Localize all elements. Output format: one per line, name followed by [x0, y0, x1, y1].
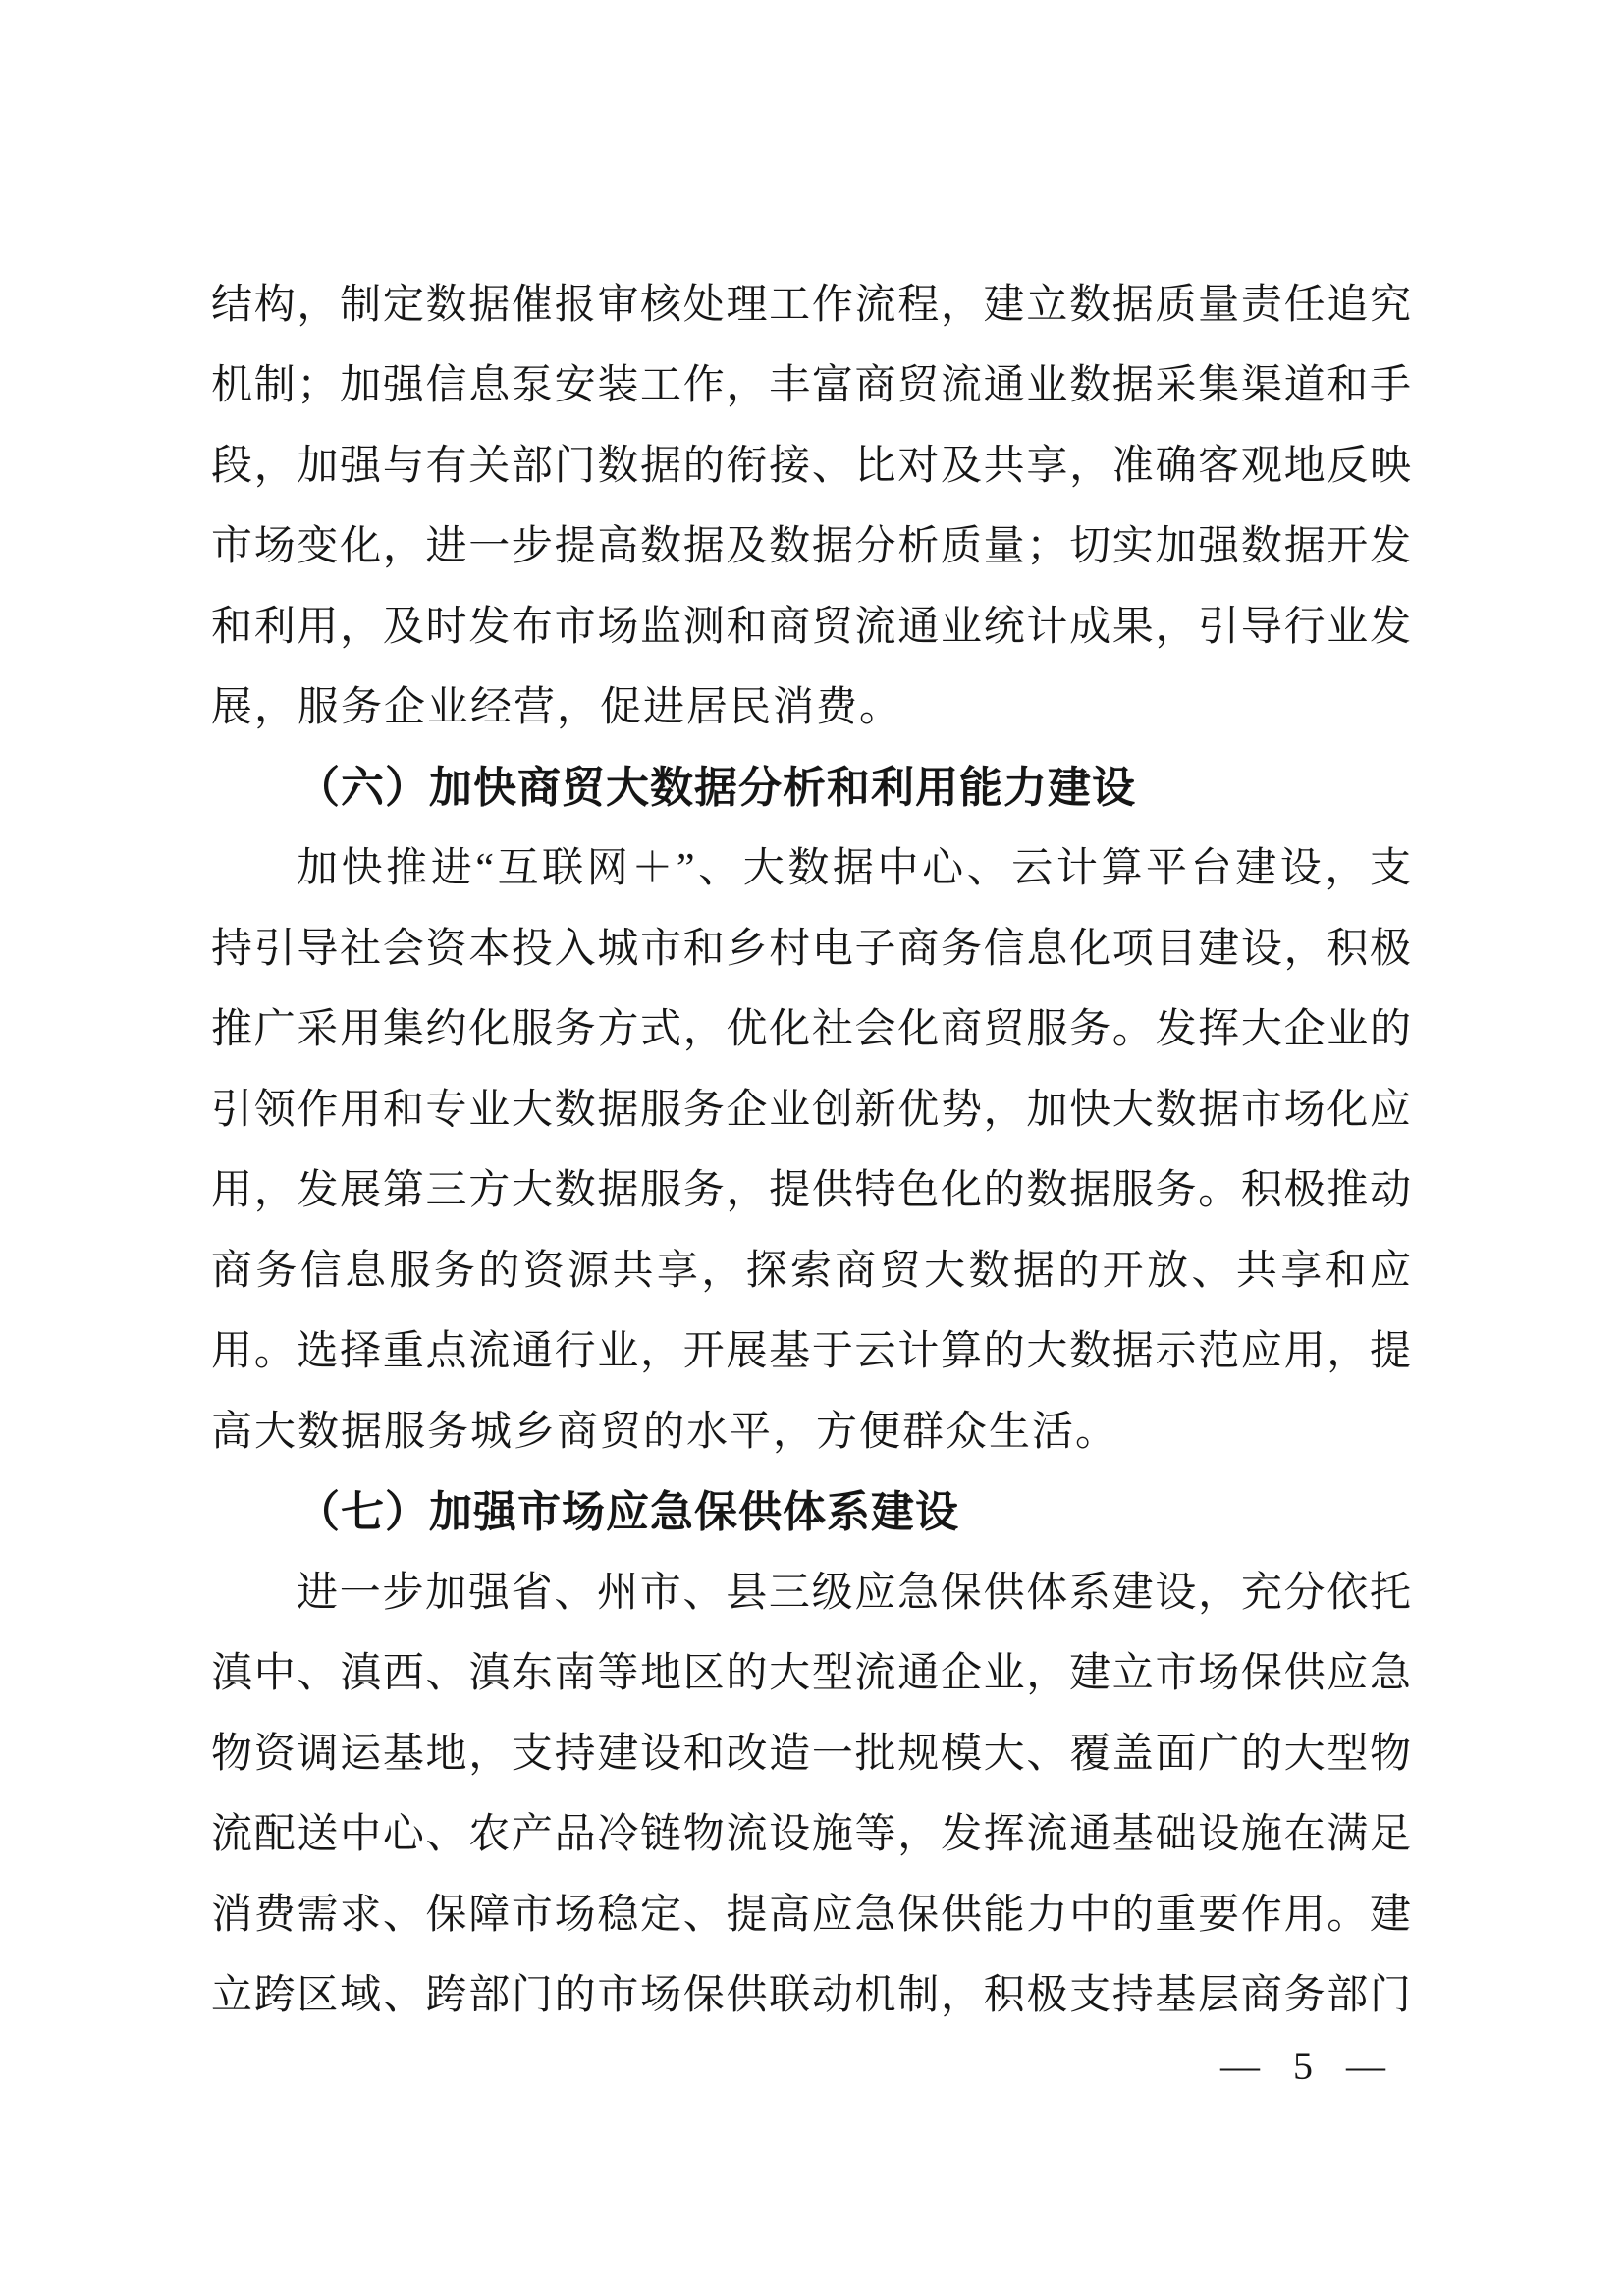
text-line: 和利用，及时发布市场监测和商贸流通业统计成果，引导行业发: [211, 587, 1411, 667]
text-line: 立跨区域、跨部门的市场保供联动机制，积极支持基层商务部门: [211, 1955, 1411, 2036]
text-line: 消费需求、保障市场稳定、提高应急保供能力中的重要作用。建: [211, 1875, 1411, 1955]
text-line: 引领作用和专业大数据服务企业创新优势，加快大数据市场化应: [211, 1070, 1411, 1150]
text-line: 物资调运基地，支持建设和改造一批规模大、覆盖面广的大型物: [211, 1714, 1411, 1794]
text-line: 用，发展第三方大数据服务，提供特色化的数据服务。积极推动: [211, 1150, 1411, 1231]
document-page: 结构，制定数据催报审核处理工作流程，建立数据质量责任追究 机制；加强信息泵安装工…: [0, 0, 1624, 2296]
text-line: 商务信息服务的资源共享，探索商贸大数据的开放、共享和应: [211, 1231, 1411, 1311]
text-line: 展，服务企业经营，促进居民消费。: [211, 667, 1411, 748]
section-heading-7: （七）加强市场应急保供体系建设: [211, 1472, 1411, 1553]
text-line: 流配送中心、农产品冷链物流设施等，发挥流通基础设施在满足: [211, 1794, 1411, 1875]
text-line: 结构，制定数据催报审核处理工作流程，建立数据质量责任追究: [211, 265, 1411, 346]
text-line: 进一步加强省、州市、县三级应急保供体系建设，充分依托: [211, 1553, 1411, 1633]
text-line: 高大数据服务城乡商贸的水平，方便群众生活。: [211, 1392, 1411, 1472]
text-line: 用。选择重点流通行业，开展基于云计算的大数据示范应用，提: [211, 1311, 1411, 1392]
page-number: — 5 —: [1220, 2026, 1397, 2107]
text-line: 机制；加强信息泵安装工作，丰富商贸流通业数据采集渠道和手: [211, 346, 1411, 426]
text-line: 段，加强与有关部门数据的衔接、比对及共享，准确客观地反映: [211, 426, 1411, 507]
text-line: 加快推进“互联网＋”、大数据中心、云计算平台建设，支: [211, 828, 1411, 909]
text-line: 推广采用集约化服务方式，优化社会化商贸服务。发挥大企业的: [211, 989, 1411, 1070]
text-line: 持引导社会资本投入城市和乡村电子商务信息化项目建设，积极: [211, 909, 1411, 989]
text-block: 结构，制定数据催报审核处理工作流程，建立数据质量责任追究 机制；加强信息泵安装工…: [211, 265, 1411, 2036]
section-heading-6: （六）加快商贸大数据分析和利用能力建设: [211, 748, 1411, 828]
text-line: 滇中、滇西、滇东南等地区的大型流通企业，建立市场保供应急: [211, 1633, 1411, 1714]
text-line: 市场变化，进一步提高数据及数据分析质量；切实加强数据开发: [211, 507, 1411, 587]
